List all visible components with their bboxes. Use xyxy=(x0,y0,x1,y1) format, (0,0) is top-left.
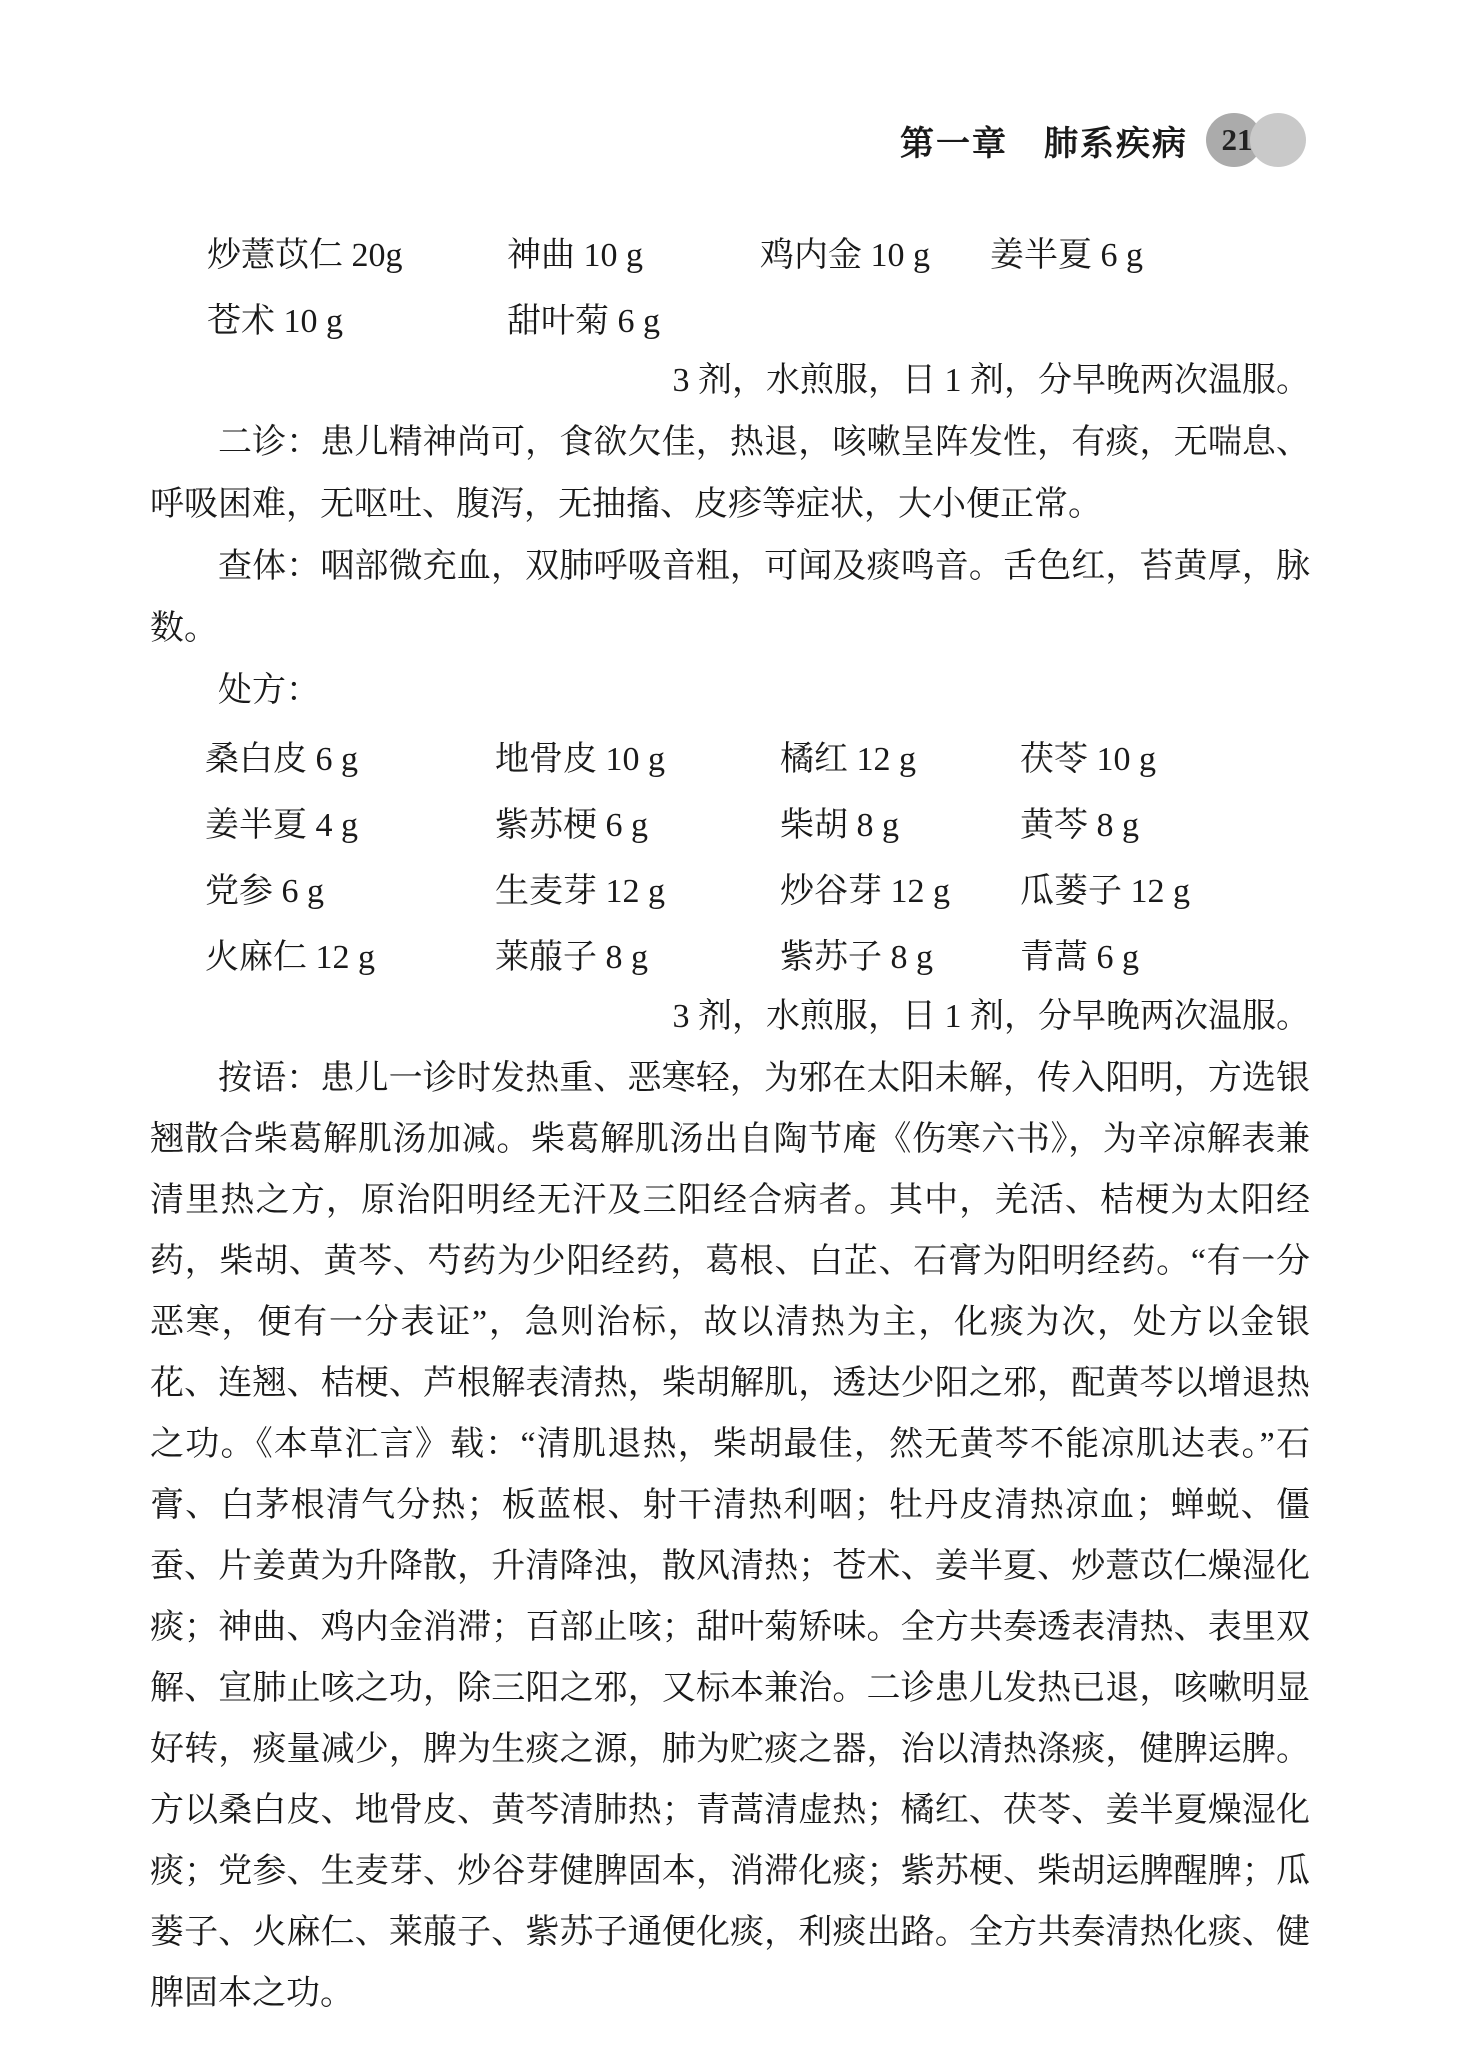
running-head: 第一章 肺系疾病 21 xyxy=(150,112,1310,168)
prescription-table-1: 炒薏苡仁 20g 神曲 10 g 鸡内金 10 g 姜半夏 6 g 苍术 10 … xyxy=(150,218,1310,350)
herb-item: 紫苏子 8 g xyxy=(780,929,1020,978)
herb-row: 姜半夏 4 g 紫苏梗 6 g 柴胡 8 g 黄芩 8 g xyxy=(150,788,1310,854)
dosing-instruction-2: 3 剂，水煎服，日 1 剂，分早晚两次温服。 xyxy=(150,986,1310,1048)
herb-item: 苍术 10 g xyxy=(207,293,507,342)
herb-item: 黄芩 8 g xyxy=(1020,797,1310,846)
herb-item: 神曲 10 g xyxy=(507,227,760,276)
herb-item: 生麦芽 12 g xyxy=(495,863,780,912)
herb-item: 茯苓 10 g xyxy=(1020,731,1310,780)
herb-item: 姜半夏 4 g xyxy=(205,797,495,846)
herb-row: 炒薏苡仁 20g 神曲 10 g 鸡内金 10 g 姜半夏 6 g xyxy=(150,218,1310,284)
page-number: 21 xyxy=(1206,112,1268,168)
paragraph-examination: 查体：咽部微充血，双肺呼吸音粗，可闻及痰鸣音。舌色红，苔黄厚，脉数。 xyxy=(150,536,1310,660)
herb-item: 瓜蒌子 12 g xyxy=(1020,863,1310,912)
herb-item: 地骨皮 10 g xyxy=(495,731,780,780)
herb-item: 炒谷芽 12 g xyxy=(780,863,1020,912)
paragraph-commentary: 按语：患儿一诊时发热重、恶寒轻，为邪在太阳未解，传入阳明，方选银翘散合柴葛解肌汤… xyxy=(150,1048,1310,2024)
herb-item: 紫苏梗 6 g xyxy=(495,797,780,846)
herb-item: 鸡内金 10 g xyxy=(760,227,990,276)
herb-item: 甜叶菊 6 g xyxy=(507,293,760,342)
herb-row: 桑白皮 6 g 地骨皮 10 g 橘红 12 g 茯苓 10 g xyxy=(150,722,1310,788)
prescription-table-2: 桑白皮 6 g 地骨皮 10 g 橘红 12 g 茯苓 10 g 姜半夏 4 g… xyxy=(150,722,1310,986)
prescription-label: 处方： xyxy=(150,660,1310,722)
herb-item: 柴胡 8 g xyxy=(780,797,1020,846)
chapter-title: 第一章 肺系疾病 xyxy=(900,116,1188,165)
herb-item: 橘红 12 g xyxy=(780,731,1020,780)
herb-item: 炒薏苡仁 20g xyxy=(207,227,507,276)
paragraph-second-visit: 二诊：患儿精神尚可，食欲欠佳，热退，咳嗽呈阵发性，有痰，无喘息、呼吸困难，无呕吐… xyxy=(150,412,1310,536)
herb-item: 莱菔子 8 g xyxy=(495,929,780,978)
herb-row: 火麻仁 12 g 莱菔子 8 g 紫苏子 8 g 青蒿 6 g xyxy=(150,920,1310,986)
book-page: 第一章 肺系疾病 21 炒薏苡仁 20g 神曲 10 g 鸡内金 10 g 姜半… xyxy=(0,0,1457,2048)
herb-item: 青蒿 6 g xyxy=(1020,929,1310,978)
herb-item: 姜半夏 6 g xyxy=(990,227,1310,276)
herb-item: 桑白皮 6 g xyxy=(205,731,495,780)
herb-row: 党参 6 g 生麦芽 12 g 炒谷芽 12 g 瓜蒌子 12 g xyxy=(150,854,1310,920)
herb-row: 苍术 10 g 甜叶菊 6 g xyxy=(150,284,1310,350)
page-number-badge: 21 xyxy=(1206,112,1310,168)
dosing-instruction-1: 3 剂，水煎服，日 1 剂，分早晚两次温服。 xyxy=(150,350,1310,412)
herb-item: 党参 6 g xyxy=(205,863,495,912)
herb-item: 火麻仁 12 g xyxy=(205,929,495,978)
